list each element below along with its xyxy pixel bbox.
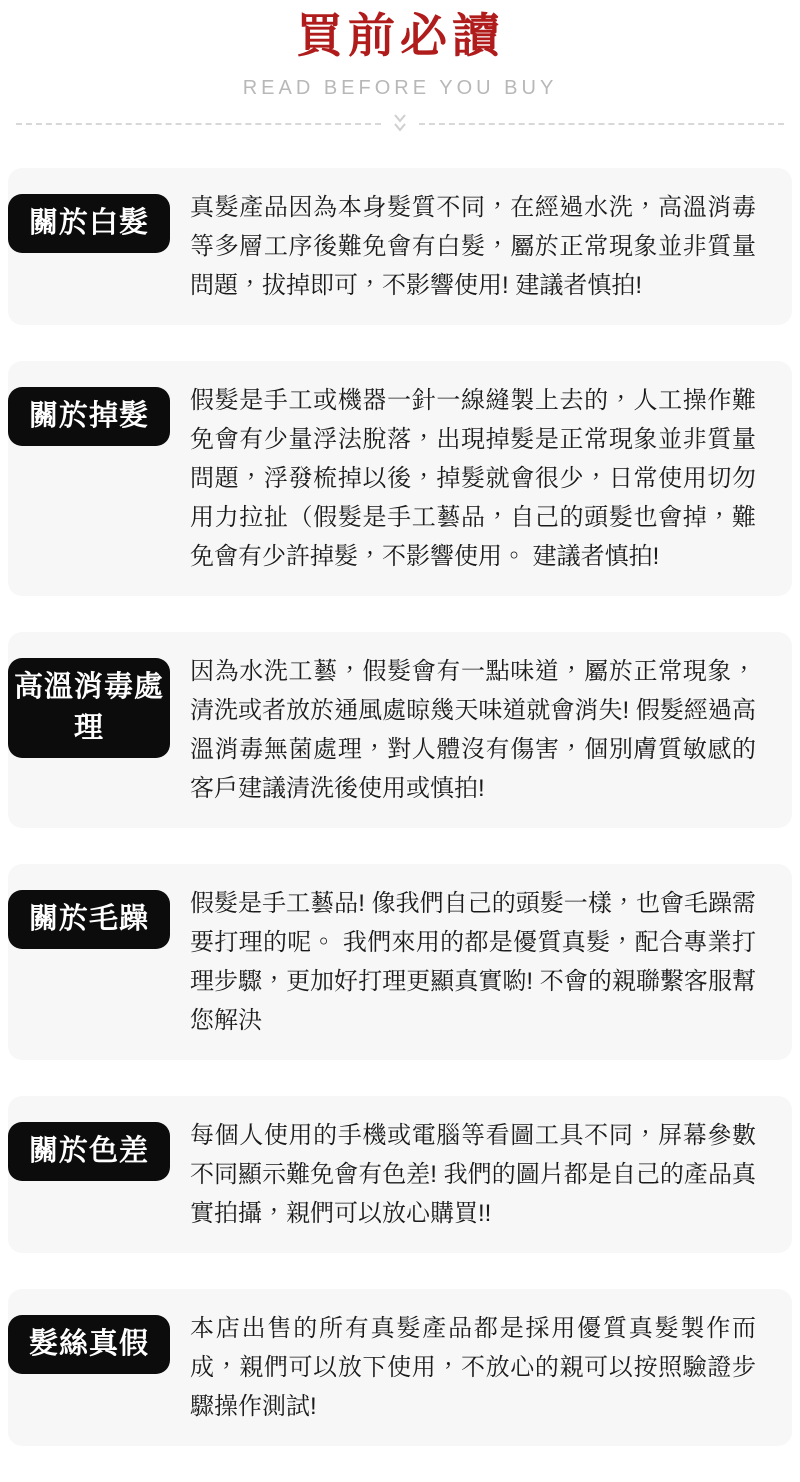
divider [16, 112, 784, 136]
divider-dash-left [16, 123, 381, 125]
notice-label: 關於掉髮 [8, 387, 170, 446]
page-subtitle: READ BEFORE YOU BUY [0, 76, 800, 100]
divider-dash-right [419, 123, 784, 125]
notice-label: 關於色差 [8, 1122, 170, 1181]
notice-card-disinfection: 高溫消毒處理 因為水洗工藝，假髮會有一點味道，屬於正常現象，清洗或者放於通風處晾… [8, 632, 792, 828]
notice-text: 假髮是手工或機器一針一線縫製上去的，人工操作難免會有少量浮法脫落，出現掉髮是正常… [190, 375, 756, 576]
notice-text: 真髮產品因為本身髮質不同，在經過水洗，高溫消毒等多層工序後難免會有白髮，屬於正常… [190, 182, 756, 305]
notice-label-text: 髮絲真假 [29, 1328, 149, 1360]
notice-text: 因為水洗工藝，假髮會有一點味道，屬於正常現象，清洗或者放於通風處晾幾天味道就會消… [190, 646, 756, 808]
notice-text: 每個人使用的手機或電腦等看圖工具不同，屏幕參數不同顯示難免會有色差! 我們的圖片… [190, 1110, 756, 1233]
notice-label: 高溫消毒處理 [8, 658, 170, 758]
notice-label-text: 高溫消毒處理 [14, 671, 164, 744]
header: 買前必讀 READ BEFORE YOU BUY [0, 0, 800, 136]
chevron-double-down-icon [391, 112, 409, 136]
notice-text: 本店出售的所有真髮產品都是採用優質真髮製作而成，親們可以放下使用，不放心的親可以… [190, 1303, 756, 1426]
notice-card-frizz: 關於毛躁 假髮是手工藝品! 像我們自己的頭髮一樣，也會毛躁需要打理的呢。 我們來… [8, 864, 792, 1060]
notice-label-text: 關於白髮 [29, 207, 149, 239]
notice-label: 髮絲真假 [8, 1315, 170, 1374]
notice-text: 假髮是手工藝品! 像我們自己的頭髮一樣，也會毛躁需要打理的呢。 我們來用的都是優… [190, 878, 756, 1040]
notice-card-color-difference: 關於色差 每個人使用的手機或電腦等看圖工具不同，屏幕參數不同顯示難免會有色差! … [8, 1096, 792, 1253]
notice-label-text: 關於毛躁 [29, 903, 149, 935]
buyer-notice-page: 買前必讀 READ BEFORE YOU BUY 關於白髮 真髮產品因為本身髮質… [0, 0, 800, 1446]
page-title: 買前必讀 [0, 6, 800, 66]
notice-card-white-hair: 關於白髮 真髮產品因為本身髮質不同，在經過水洗，高溫消毒等多層工序後難免會有白髮… [8, 168, 792, 325]
notice-label-text: 關於色差 [29, 1135, 149, 1167]
notice-label: 關於白髮 [8, 194, 170, 253]
notice-label: 關於毛躁 [8, 890, 170, 949]
notice-card-hair-authenticity: 髮絲真假 本店出售的所有真髮產品都是採用優質真髮製作而成，親們可以放下使用，不放… [8, 1289, 792, 1446]
notice-label-text: 關於掉髮 [29, 400, 149, 432]
notice-card-shedding: 關於掉髮 假髮是手工或機器一針一線縫製上去的，人工操作難免會有少量浮法脫落，出現… [8, 361, 792, 596]
